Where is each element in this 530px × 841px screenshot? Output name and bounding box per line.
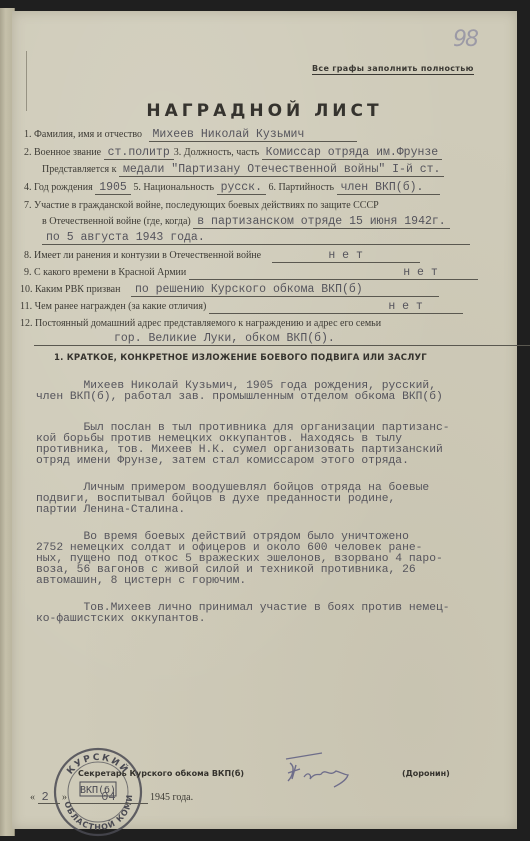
field-label: в Отечественной войне (где, когда) (42, 216, 191, 227)
award-sheet-page: 98 Все графы заполнить полностью НАГРАДН… (12, 11, 517, 829)
field-value-rank: ст.политр (104, 147, 174, 160)
signatory-position: Секретарь Курского обкома ВКП(б) (78, 769, 244, 778)
field-value: Михеев Николай Кузьмич (149, 129, 357, 142)
narrative-paragraph-4: Во время боевых действий отрядом было ун… (36, 532, 496, 587)
signature-date: « 2 » 04 1945 года. (30, 791, 193, 804)
date-day: 2 (38, 791, 60, 804)
section-heading: 1. КРАТКОЕ, КОНКРЕТНОЕ ИЗЛОЖЕНИЕ БОЕВОГО… (54, 353, 427, 363)
signatory-name: (Доронин) (402, 769, 450, 778)
field-value-award: медали "Партизану Отечественной войны" I… (119, 164, 444, 177)
field-value-previous-awards: н е т (209, 301, 463, 314)
field-label: 10. Каким РВК призван (20, 284, 120, 295)
field-previous-awards: 11. Чем ранее награжден (за какие отличи… (20, 301, 463, 314)
field-value-wounds: н е т (272, 250, 420, 263)
field-award-presented: Представляется к медали "Партизану Отече… (42, 164, 444, 177)
field-label: 8. Имеет ли ранения и контузии в Отечест… (24, 250, 261, 261)
document-title: НАГРАДНОЙ ЛИСТ (12, 101, 517, 121)
field-label: 3. Должность, часть (174, 147, 259, 158)
field-wounds: 8. Имеет ли ранения и контузии в Отечест… (24, 250, 420, 263)
field-label: 2. Военное звание (24, 147, 101, 158)
archive-page-number: 98 (453, 27, 477, 52)
field-label: 4. Год рождения (24, 182, 93, 193)
field-value-position: Комиссар отряда им.Фрунзе (262, 147, 443, 160)
narrative-paragraph-2: Был послан в тыл противника для организа… (36, 423, 496, 467)
field-rank-position: 2. Военное звание ст.политр3. Должность,… (24, 147, 442, 160)
field-value-war-line2: по 5 августа 1943 года. (42, 232, 470, 245)
field-home-address-label: 12. Постоянный домашний адрес представля… (20, 318, 381, 329)
field-full-name: 1. Фамилия, имя и отчество Михеев Никола… (24, 129, 357, 142)
field-birth-nationality-party: 4. Год рождения 1905 5. Национальность р… (24, 182, 440, 195)
field-label: 5. Национальность (133, 182, 214, 193)
field-home-address: гор. Великие Луки, обком ВКП(б). (34, 333, 530, 346)
field-value-war-line1: в партизанском отряде 15 июня 1942г. (193, 216, 449, 229)
field-red-army-since: 9. С какого времени в Красной Армии н е … (24, 267, 478, 280)
field-label: 6. Партийность (269, 182, 335, 193)
field-war-participation: в Отечественной войне (где, когда) в пар… (42, 216, 450, 229)
field-value-conscription: по решению Курского обкома ВКП(б) (131, 284, 439, 297)
field-label: 9. С какого времени в Красной Армии (24, 267, 186, 278)
narrative-paragraph-5: Тов.Михеев лично принимал участие в боях… (36, 603, 496, 625)
field-label: 11. Чем ранее награжден (за какие отличи… (20, 301, 206, 312)
handwritten-signature (282, 751, 372, 796)
narrative-paragraph-3: Личным примером воодушевлял бойцов отряд… (36, 483, 496, 516)
date-month: 04 (70, 791, 148, 804)
field-value-party: член ВКП(б). (337, 182, 440, 195)
field-label: 1. Фамилия, имя и отчество (24, 129, 142, 140)
field-conscription: 10. Каким РВК призван по решению Курског… (20, 284, 439, 297)
field-value-nationality: русск. (217, 182, 266, 195)
field-value-birth-year: 1905 (95, 182, 131, 195)
fill-instruction: Все графы заполнить полностью (312, 64, 474, 75)
field-label: Представляется к (42, 164, 117, 175)
signature-icon (282, 751, 372, 791)
date-open-quote: « (30, 792, 35, 803)
field-war-participation-cont: по 5 августа 1943 года. (42, 232, 470, 245)
date-close-quote: » (62, 792, 67, 803)
field-value-address: гор. Великие Луки, обком ВКП(б). (34, 333, 530, 346)
field-value-red-army: н е т (189, 267, 478, 280)
field-war-participation-label: 7. Участие в гражданской войне, последую… (24, 200, 379, 211)
date-year: 1945 года. (150, 792, 193, 803)
narrative-paragraph-1: Михеев Николай Кузьмич, 1905 года рожден… (36, 381, 496, 403)
